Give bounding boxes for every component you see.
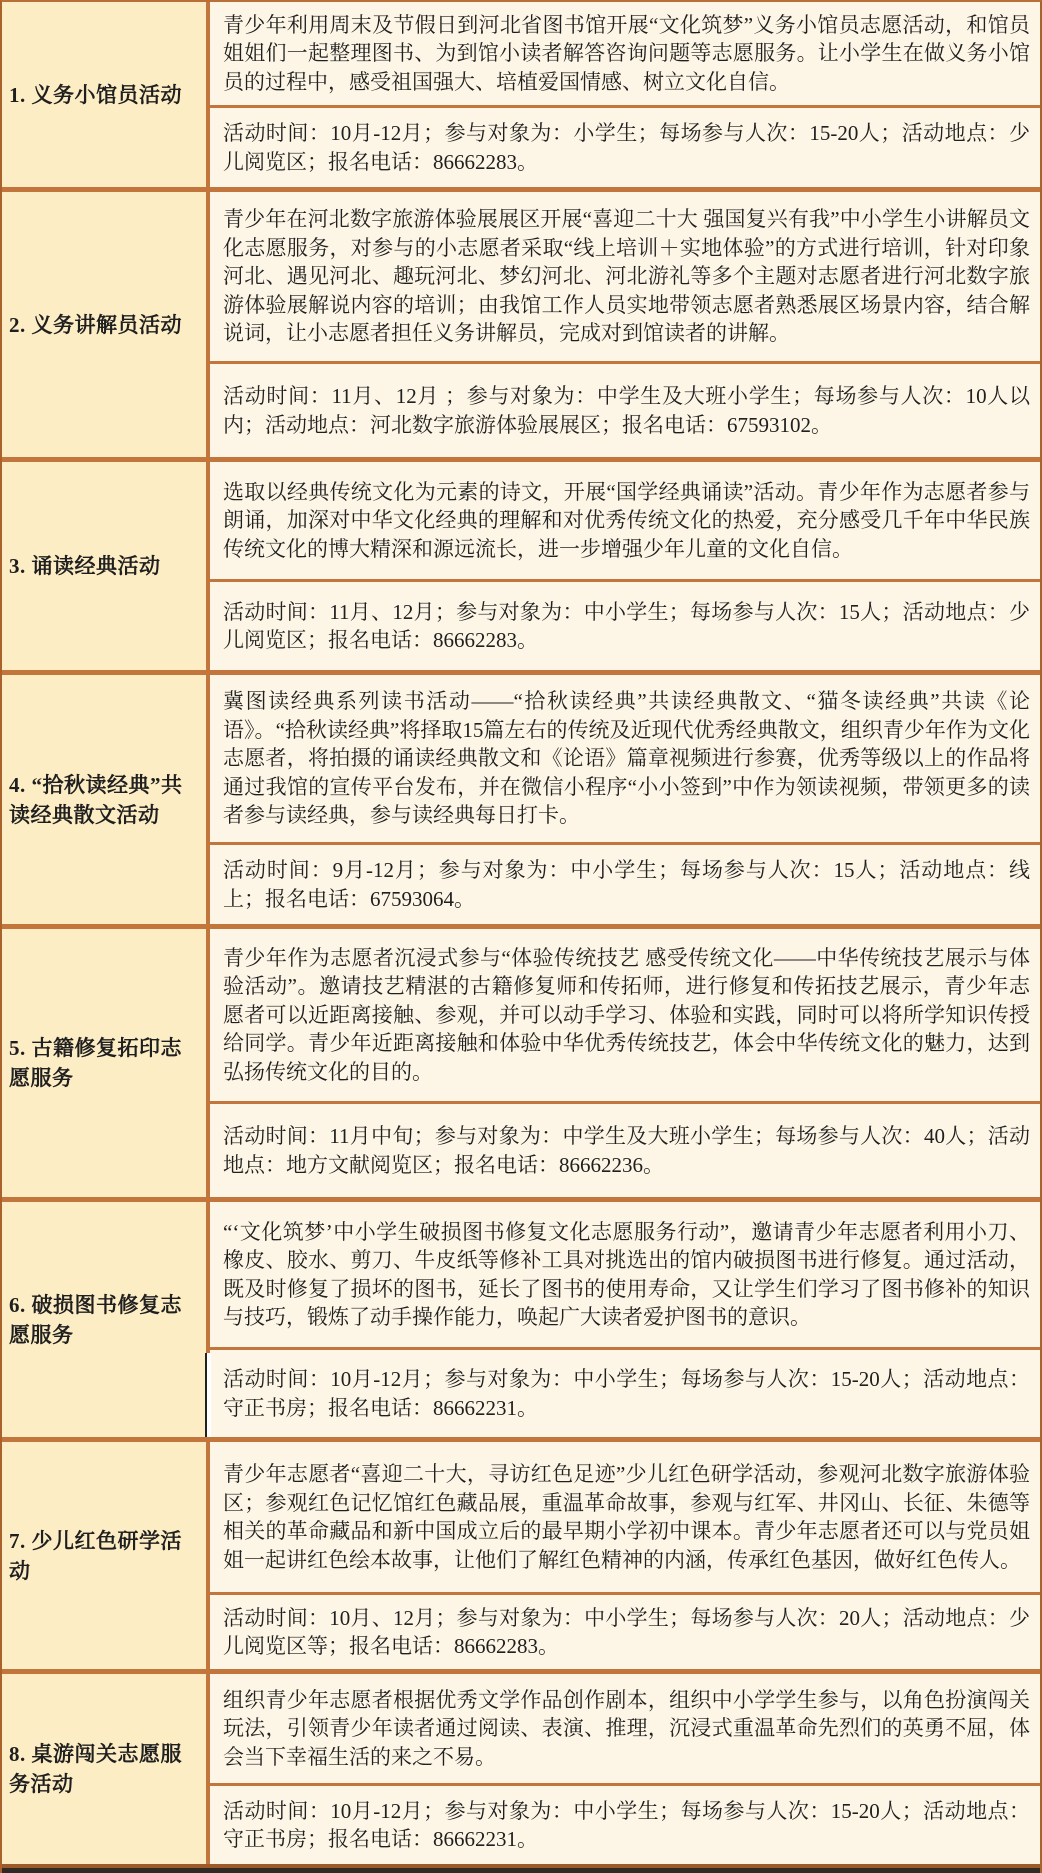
activity-description-cell: 冀图读经典系列读书活动——“拾秋读经典”共读经典散文、“猫冬读经典”共读《论语》… [210,675,1040,845]
activity-content-cells: 青少年利用周末及节假日到河北省图书馆开展“文化筑梦”义务小馆员志愿活动，和馆员姐… [210,2,1040,187]
activity-description-cell: 青少年作为志愿者沉浸式参与“体验传统技艺 感受传统文化——中华传统技艺展示与体验… [210,929,1040,1104]
activity-schedule-cell: 活动时间：11月、12月 ；参与对象为：中学生及大班小学生；每场参与人次：10人… [210,364,1040,457]
activity-schedule: 活动时间：10月-12月；参与对象为：中小学生；每场参与人次：15-20人；活动… [210,1365,1040,1422]
activity-title-cell: 1. 义务小馆员活动 [2,2,210,187]
activity-description: 组织青少年志愿者根据优秀文学作品创作剧本，组织中小学学生参与，以角色扮演闯关玩法… [210,1686,1040,1772]
volunteer-activities-table: 1. 义务小馆员活动 青少年利用周末及节假日到河北省图书馆开展“文化筑梦”义务小… [0,0,1042,1873]
activity-schedule: 活动时间：11月、12月；参与对象为：中小学生；每场参与人次：15人；活动地点：… [210,598,1040,655]
activity-description-cell: 组织青少年志愿者根据优秀文学作品创作剧本，组织中小学学生参与，以角色扮演闯关玩法… [210,1674,1040,1786]
table-row: 3. 诵读经典活动 选取以经典传统文化为元素的诗文，开展“国学经典诵读”活动。青… [2,462,1040,675]
activity-title: 5. 古籍修复拓印志愿服务 [9,1033,200,1093]
activity-schedule: 活动时间：10月、12月；参与对象为：中小学生；每场参与人次：20人；活动地点：… [210,1604,1040,1661]
activity-title: 7. 少儿红色研学活动 [9,1526,200,1586]
activity-title: 3. 诵读经典活动 [9,551,161,581]
activity-schedule: 活动时间：11月、12月 ；参与对象为：中学生及大班小学生；每场参与人次：10人… [210,382,1040,439]
activity-description-cell: 青少年志愿者“喜迎二十大，寻访红色足迹”少儿红色研学活动，参观河北数字旅游体验区… [210,1442,1040,1595]
activity-title: 4. “拾秋读经典”共读经典散文活动 [9,770,200,830]
activity-title-cell: 4. “拾秋读经典”共读经典散文活动 [2,675,210,924]
activity-description-cell: 青少年利用周末及节假日到河北省图书馆开展“文化筑梦”义务小馆员志愿活动，和馆员姐… [210,2,1040,108]
activity-description: “‘文化筑梦’中小学生破损图书修复文化志愿服务行动”，邀请青少年志愿者利用小刀、… [210,1218,1040,1332]
activity-schedule-cell: 活动时间：10月-12月；参与对象为：中小学生；每场参与人次：15-20人；活动… [210,1350,1040,1437]
activity-schedule: 活动时间：9月-12月；参与对象为：中小学生；每场参与人次：15人；活动地点：线… [210,856,1040,913]
activity-description-cell: 青少年在河北数字旅游体验展展区开展“喜迎二十大 强国复兴有我”中小学生小讲解员文… [210,192,1040,364]
activity-schedule-cell: 活动时间：11月中旬；参与对象为：中学生及大班小学生；每场参与人次：40人；活动… [210,1104,1040,1197]
activity-content-cells: 组织青少年志愿者根据优秀文学作品创作剧本，组织中小学学生参与，以角色扮演闯关玩法… [210,1674,1040,1864]
activity-description: 青少年利用周末及节假日到河北省图书馆开展“文化筑梦”义务小馆员志愿活动，和馆员姐… [210,11,1040,97]
table-row: 2. 义务讲解员活动 青少年在河北数字旅游体验展展区开展“喜迎二十大 强国复兴有… [2,192,1040,462]
table-row: 6. 破损图书修复志愿服务 “‘文化筑梦’中小学生破损图书修复文化志愿服务行动”… [2,1202,1040,1442]
table-row: 7. 少儿红色研学活动 青少年志愿者“喜迎二十大，寻访红色足迹”少儿红色研学活动… [2,1442,1040,1674]
activity-schedule-cell: 活动时间：10月、12月；参与对象为：中小学生；每场参与人次：20人；活动地点：… [210,1595,1040,1669]
activity-description: 青少年志愿者“喜迎二十大，寻访红色足迹”少儿红色研学活动，参观河北数字旅游体验区… [210,1460,1040,1574]
activity-description-cell: “‘文化筑梦’中小学生破损图书修复文化志愿服务行动”，邀请青少年志愿者利用小刀、… [210,1202,1040,1350]
table-bottom-edge [2,1868,1042,1873]
table-row: 4. “拾秋读经典”共读经典散文活动 冀图读经典系列读书活动——“拾秋读经典”共… [2,675,1040,929]
activity-title-cell: 6. 破损图书修复志愿服务 [2,1202,210,1437]
activity-title: 1. 义务小馆员活动 [9,80,182,110]
activity-description: 青少年作为志愿者沉浸式参与“体验传统技艺 感受传统文化——中华传统技艺展示与体验… [210,944,1040,1087]
activity-title-cell: 2. 义务讲解员活动 [2,192,210,457]
activity-description: 青少年在河北数字旅游体验展展区开展“喜迎二十大 强国复兴有我”中小学生小讲解员文… [210,205,1040,348]
activity-title: 6. 破损图书修复志愿服务 [9,1290,200,1350]
activity-title: 2. 义务讲解员活动 [9,310,182,340]
activity-schedule-cell: 活动时间：9月-12月；参与对象为：中小学生；每场参与人次：15人；活动地点：线… [210,845,1040,924]
activity-schedule: 活动时间：11月中旬；参与对象为：中学生及大班小学生；每场参与人次：40人；活动… [210,1122,1040,1179]
activity-schedule: 活动时间：10月-12月；参与对象为：小学生；每场参与人次：15-20人；活动地… [210,119,1040,176]
activity-description: 冀图读经典系列读书活动——“拾秋读经典”共读经典散文、“猫冬读经典”共读《论语》… [210,687,1040,830]
activity-description-cell: 选取以经典传统文化为元素的诗文，开展“国学经典诵读”活动。青少年作为志愿者参与朗… [210,462,1040,582]
activity-title-cell: 3. 诵读经典活动 [2,462,210,670]
table-row: 1. 义务小馆员活动 青少年利用周末及节假日到河北省图书馆开展“文化筑梦”义务小… [2,2,1040,192]
activity-title-cell: 5. 古籍修复拓印志愿服务 [2,929,210,1197]
activity-description: 选取以经典传统文化为元素的诗文，开展“国学经典诵读”活动。青少年作为志愿者参与朗… [210,478,1040,564]
activity-schedule-cell: 活动时间：10月-12月；参与对象为：小学生；每场参与人次：15-20人；活动地… [210,108,1040,187]
activity-title-cell: 8. 桌游闯关志愿服务活动 [2,1674,210,1864]
activity-title: 8. 桌游闯关志愿服务活动 [9,1739,200,1799]
table-row: 5. 古籍修复拓印志愿服务 青少年作为志愿者沉浸式参与“体验传统技艺 感受传统文… [2,929,1040,1202]
activity-content-cells: 青少年作为志愿者沉浸式参与“体验传统技艺 感受传统文化——中华传统技艺展示与体验… [210,929,1040,1197]
activity-schedule: 活动时间：10月-12月；参与对象为：中小学生；每场参与人次：15-20人；活动… [210,1797,1040,1854]
activity-content-cells: 冀图读经典系列读书活动——“拾秋读经典”共读经典散文、“猫冬读经典”共读《论语》… [210,675,1040,924]
scan-artifact [205,1353,211,1437]
activity-schedule-cell: 活动时间：11月、12月；参与对象为：中小学生；每场参与人次：15人；活动地点：… [210,582,1040,670]
activity-content-cells: “‘文化筑梦’中小学生破损图书修复文化志愿服务行动”，邀请青少年志愿者利用小刀、… [210,1202,1040,1437]
activity-content-cells: 选取以经典传统文化为元素的诗文，开展“国学经典诵读”活动。青少年作为志愿者参与朗… [210,462,1040,670]
table-row: 8. 桌游闯关志愿服务活动 组织青少年志愿者根据优秀文学作品创作剧本，组织中小学… [2,1674,1040,1868]
activity-content-cells: 青少年在河北数字旅游体验展展区开展“喜迎二十大 强国复兴有我”中小学生小讲解员文… [210,192,1040,457]
activity-content-cells: 青少年志愿者“喜迎二十大，寻访红色足迹”少儿红色研学活动，参观河北数字旅游体验区… [210,1442,1040,1669]
activity-title-cell: 7. 少儿红色研学活动 [2,1442,210,1669]
activity-schedule-cell: 活动时间：10月-12月；参与对象为：中小学生；每场参与人次：15-20人；活动… [210,1786,1040,1864]
